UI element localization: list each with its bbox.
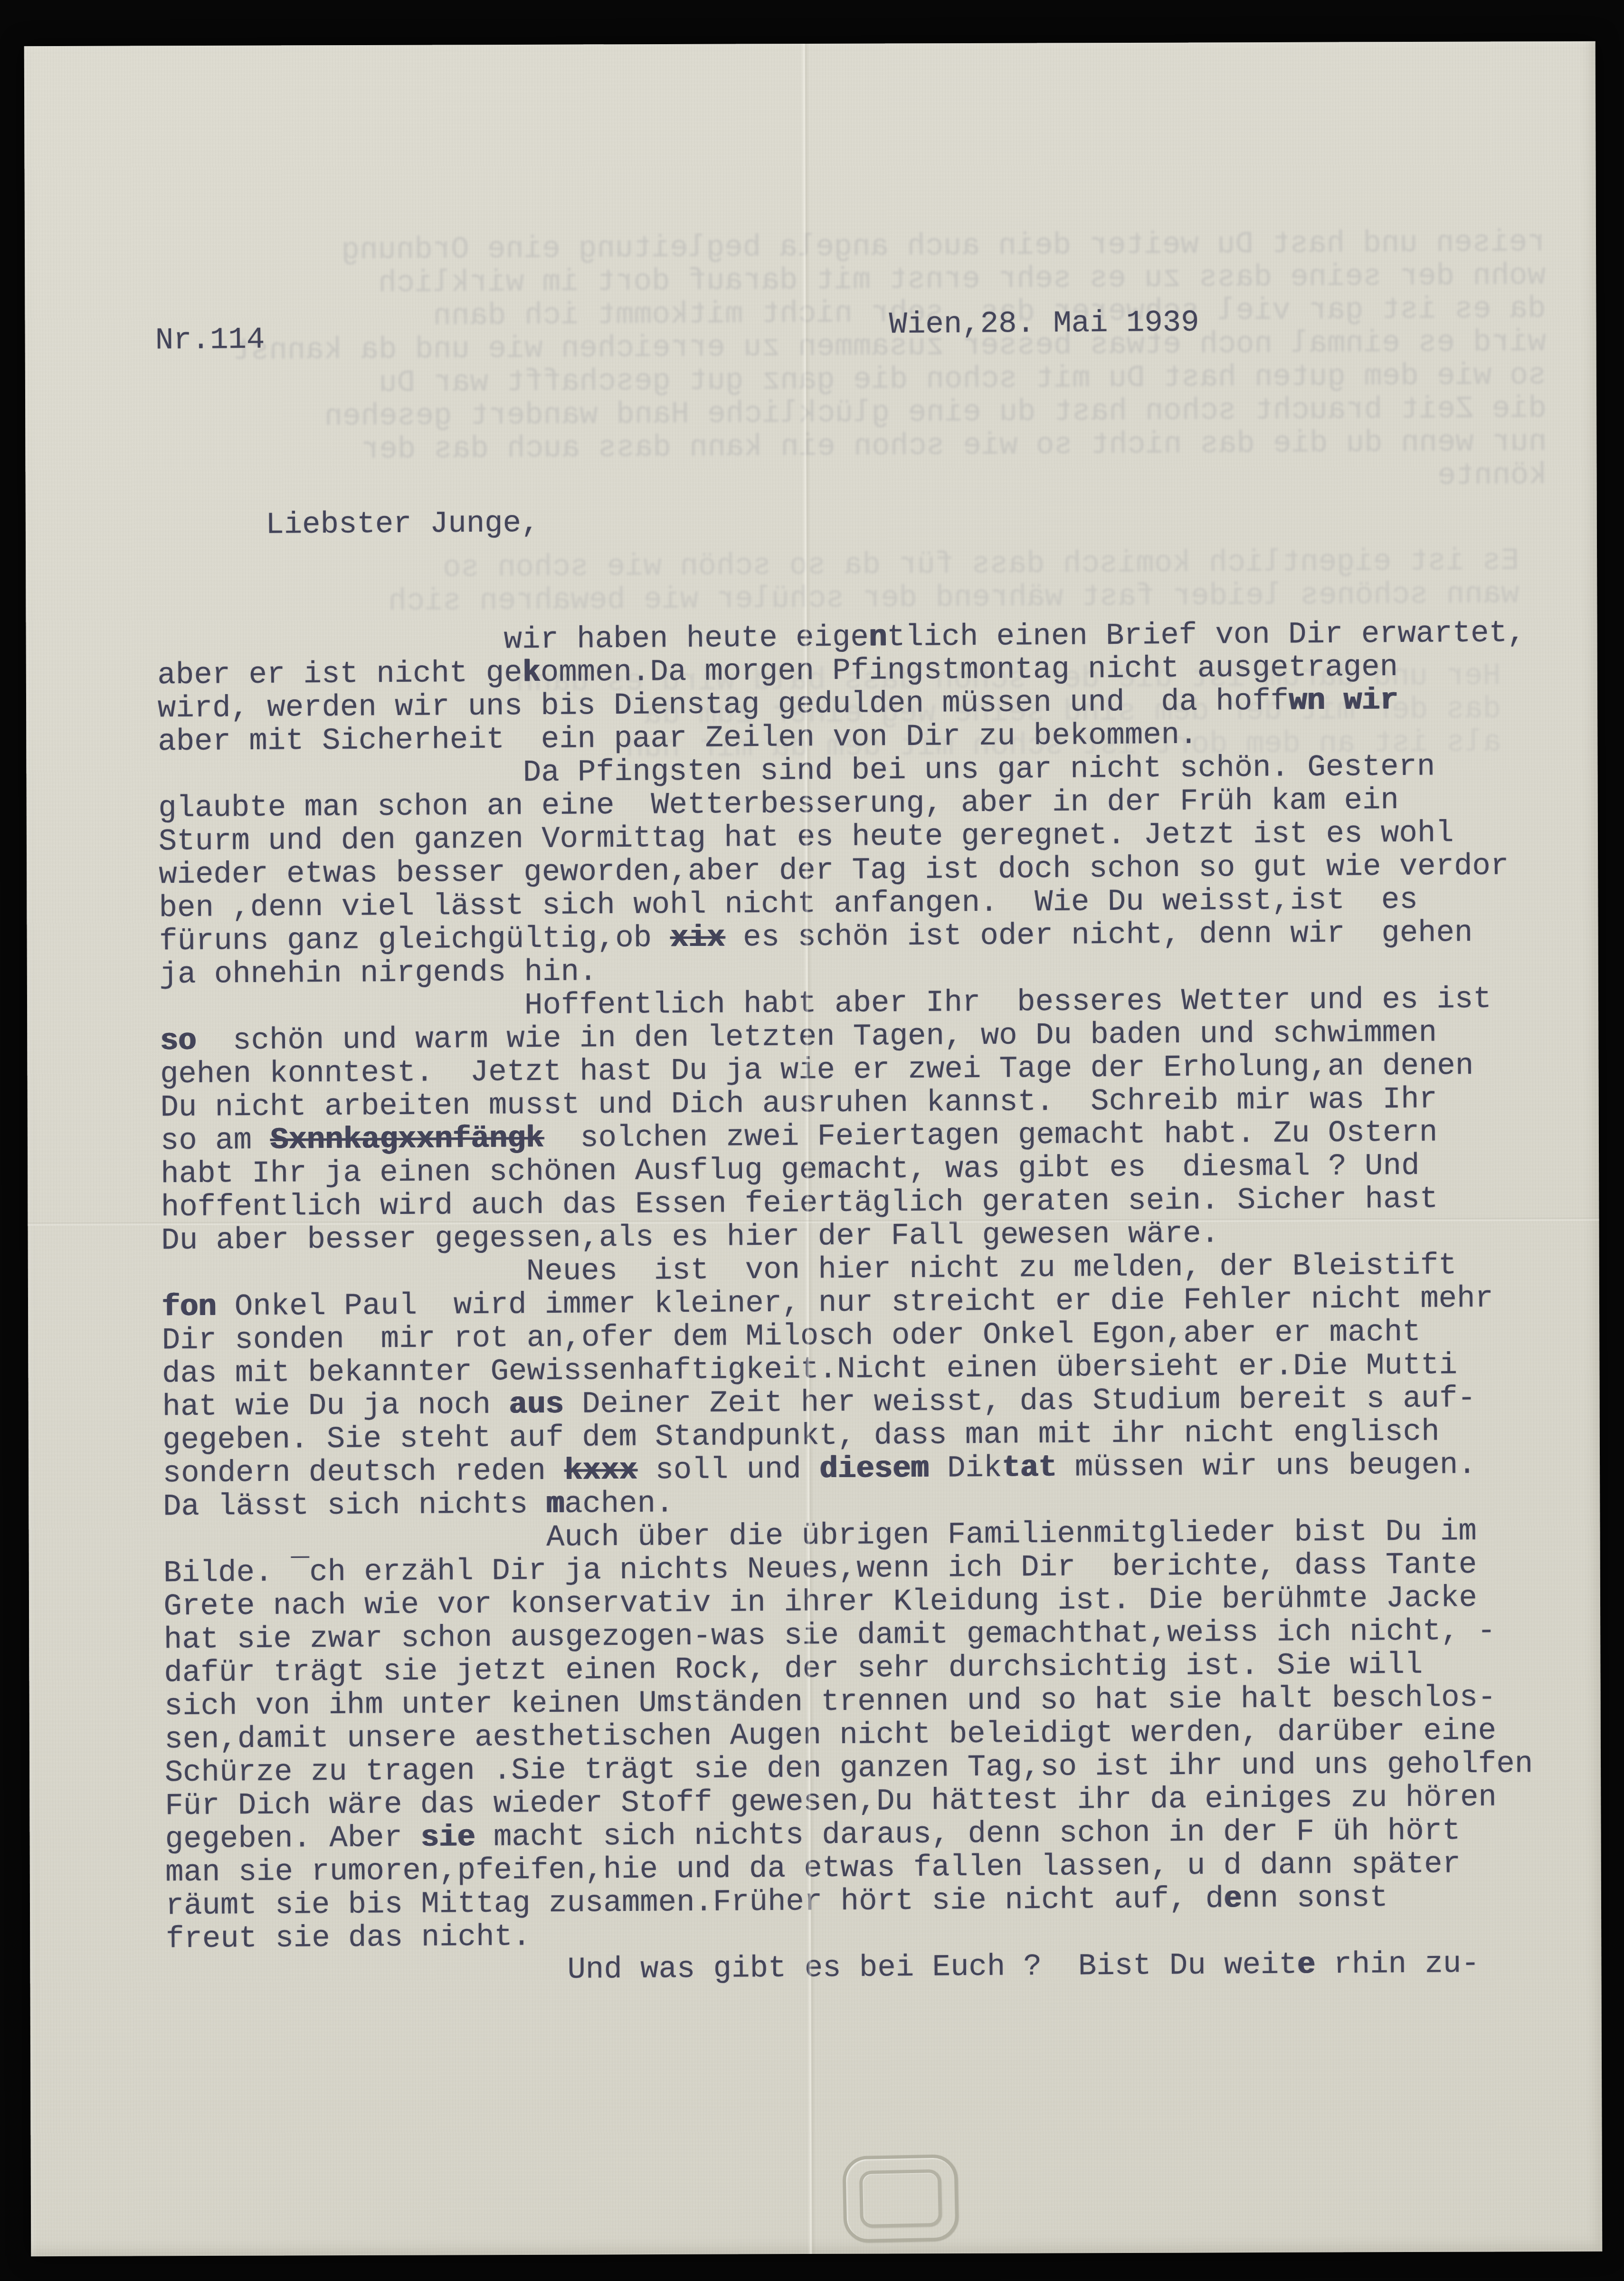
typewriter-over-segment: aus	[509, 1388, 564, 1422]
typewriter-over-segment: so	[160, 1024, 196, 1059]
typewriter-strike-segment: kxxx	[564, 1454, 637, 1489]
typewriter-segment: freut sie das nicht.	[166, 1920, 531, 1957]
typewriter-segment: nn sonst	[1242, 1881, 1388, 1916]
typewriter-over-segment: n	[869, 620, 887, 655]
typewriter-segment: müssen wir uns beugen.	[1056, 1448, 1476, 1485]
typewriter-segment: aber er ist nicht ge	[157, 656, 522, 693]
typewriter-segment: so am	[161, 1124, 270, 1159]
typewriter-segment: ja ohnehin nirgends hin.	[159, 955, 597, 992]
typewriter-segment: wir haben heute eige	[157, 620, 869, 659]
typewriter-segment: soll und	[637, 1452, 820, 1488]
typewriter-segment: Dik	[929, 1451, 1002, 1486]
typewriter-segment: achen.	[564, 1487, 674, 1522]
typewriter-segment: sondern deutsch reden	[162, 1454, 564, 1491]
bleedthrough-text-top: reisen und hast Du weiter dein auch ange…	[101, 226, 1547, 502]
letter-number: Nr.114	[155, 324, 265, 358]
typewriter-segment: rhin zu-	[1315, 1947, 1480, 1982]
letter-page: reisen und hast Du weiter dein auch ange…	[24, 41, 1603, 2256]
typewriter-segment: Und was gibt es bei Euch ? Bist Du weit	[166, 1948, 1297, 1990]
typewriter-segment: Da lässt sich nichts	[163, 1488, 546, 1524]
typewriter-over-segment: sie	[420, 1821, 475, 1855]
embossed-seal-inner	[859, 2169, 942, 2228]
typewriter-over-segment: tat	[1002, 1451, 1057, 1486]
typewriter-over-segment: diesem	[819, 1452, 929, 1487]
typewriter-segment: es schön ist oder nicht, denn wir gehen	[725, 916, 1473, 955]
letter-dateline: Wien,28. Mai 1939	[889, 306, 1199, 342]
typewriter-over-segment: e	[1297, 1948, 1315, 1982]
typewriter-over-segment: m	[546, 1488, 564, 1522]
typewriter-over-segment: wir	[1343, 684, 1398, 718]
letter-content: reisen und hast Du weiter dein auch ange…	[24, 36, 1610, 2256]
typewriter-strike-segment: Sxnnkagxxnfängk	[270, 1122, 544, 1158]
typewriter-segment: gegeben. Aber	[165, 1821, 421, 1857]
typewriter-segment: räumt sie bis Mittag zusammen.Früher hör…	[165, 1882, 1224, 1924]
typewriter-over-segment: k	[522, 656, 541, 690]
typewriter-segment: füruns ganz gleichgültig,ob	[159, 921, 670, 959]
letter-body: wir haben heute eigentlich einen Brief v…	[157, 617, 1534, 1989]
typewriter-over-segment: e	[1224, 1882, 1242, 1916]
typewriter-over-segment: fon	[161, 1290, 217, 1325]
scanner-bed: reisen und hast Du weiter dein auch ange…	[0, 0, 1624, 2281]
typewriter-strike-segment: xix	[670, 921, 725, 955]
bleedthrough-text-mid: Es ist eigentlich komisch dass für da so…	[142, 544, 1520, 620]
typewriter-segment: tlich einen Brief von Dir erwartet,	[887, 616, 1526, 655]
typewriter-over-segment: wn	[1289, 684, 1325, 719]
embossed-seal	[842, 2154, 959, 2243]
typewriter-segment: hat wie Du ja noch	[162, 1388, 509, 1425]
letter-salutation: Liebster Junge,	[266, 507, 540, 542]
typewriter-segment	[1325, 684, 1344, 718]
